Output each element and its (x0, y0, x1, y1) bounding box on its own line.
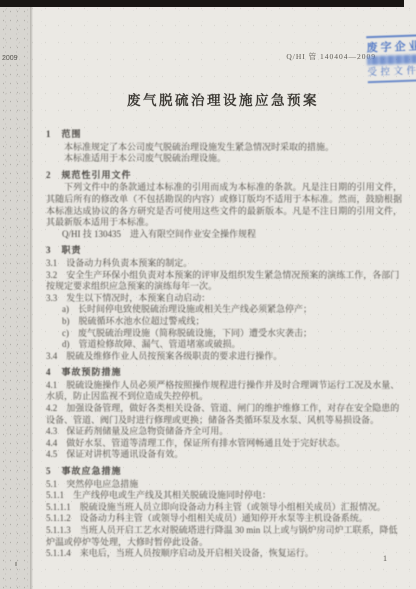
doc-line: 5.1.1 生产线停电或生产线及其相关脱硫设施同时停电： (46, 490, 402, 502)
doc-line: a) 长时间停电致使脱硫治理设施或相关生产线必须紧急停产； (46, 304, 402, 316)
doc-line: c) 废气脱硫治理设施（简称脱硫设施，下同）遭受水灾袭击； (46, 328, 402, 340)
doc-line: d) 管道检修故障、漏气、管道堵塞或破损。 (46, 339, 402, 351)
doc-section-heading: 1 范围 (46, 129, 402, 141)
stamp-bottom-rule (368, 79, 416, 83)
doc-line: 3.1 设备动力科负责本预案的制定。 (46, 258, 402, 270)
doc-line: 5.1.1.2 设备动力科主管（或领导小组相关成员）通知停开水泵等主机设备系统。 (46, 513, 402, 525)
doc-line: 5.1 突然停电应急措施 (46, 479, 402, 491)
doc-line: 4.1 脱硫设施操作人员必须严格按照操作规程进行操作并及时合理调节运行工况及水量… (46, 380, 402, 403)
doc-line: 3.3 发生以下情况时，本预案自动启动： (46, 293, 402, 305)
stamp-illegible-row (367, 54, 416, 65)
doc-line: 4.2 加强设备管理，做好各类相关设备、管道、闸门的维护维修工作，对存在安全隐患… (46, 403, 402, 426)
page-number: 1 (383, 554, 387, 563)
margin-year-label: 2009 (2, 55, 18, 62)
scan-left-margin-band (0, 7, 31, 589)
doc-line: 4.5 保证对讲机等通讯设备有效。 (46, 449, 402, 461)
doc-line: 下列文件中的条款通过本标准的引用而成为本标准的条款。凡是注日期的引用文件，其随后… (46, 182, 402, 228)
doc-line: 4.4 做好水泵、管道等清理工作，保证所有排水管网畅通且处于完好状态。 (46, 438, 402, 450)
doc-line: 本标准适用于本公司废气脱硫治理设施。 (46, 153, 402, 165)
scan-speck (15, 562, 17, 566)
doc-section-heading: 4 事故预防措施 (46, 367, 402, 379)
doc-section-heading: 3 职责 (46, 245, 402, 257)
scanned-document-page: 2009 Q/HI 管 140404—2009 废字企业 受控文件 废气脱硫治理… (0, 0, 416, 589)
doc-line: Q/HI 技 130435 进入有限空间作业安全操作规程 (46, 229, 402, 241)
document-body: 1 范围本标准规定了本公司废气脱硫治理设施发生紧急情况时采取的措施。本标准适用于… (46, 124, 402, 560)
doc-line: 5.1.1.1 脱硫设施当班人员立即向设备动力科主管（或领导小组相关成员）汇报情… (46, 502, 402, 514)
document-number: Q/HI 管 140404—2009 (286, 51, 376, 62)
page-title: 废气脱硫治理设施应急预案 (30, 89, 416, 109)
stamp-company-text: 废字企业 (366, 40, 416, 54)
doc-line: 3.4 脱硫及维修作业人员按预案各级职责的要求进行操作。 (46, 351, 402, 363)
doc-line: 3.2 安全生产环保小组负责对本预案的评审及组织发生紧急情况预案的演练工作，各部… (46, 270, 402, 293)
doc-section-heading: 2 规范性引用文件 (46, 170, 402, 182)
doc-line: 5.1.1.3 当班人员开启工艺水对脱硫塔进行降温 30 min 以上或与锅炉房… (46, 525, 402, 548)
doc-line: 本标准规定了本公司废气脱硫治理设施发生紧急情况时采取的措施。 (46, 142, 402, 154)
doc-line: 4.3 保证药剂储量及应急物资储备齐全可用。 (46, 426, 402, 438)
controlled-document-stamp: 废字企业 受控文件 (366, 34, 416, 83)
doc-section-heading: 5 事故应急措施 (46, 466, 402, 478)
scan-top-black-bar (0, 0, 404, 7)
stamp-top-rule (366, 34, 416, 38)
doc-line: b) 脱硫循环水池水位超过警戒线； (46, 316, 402, 328)
doc-line: 5.1.1.4 来电后，当班人员按顺序启动及开启相关设备，恢复运行。 (46, 548, 402, 560)
stamp-controlled-text: 受控文件 (367, 65, 416, 79)
